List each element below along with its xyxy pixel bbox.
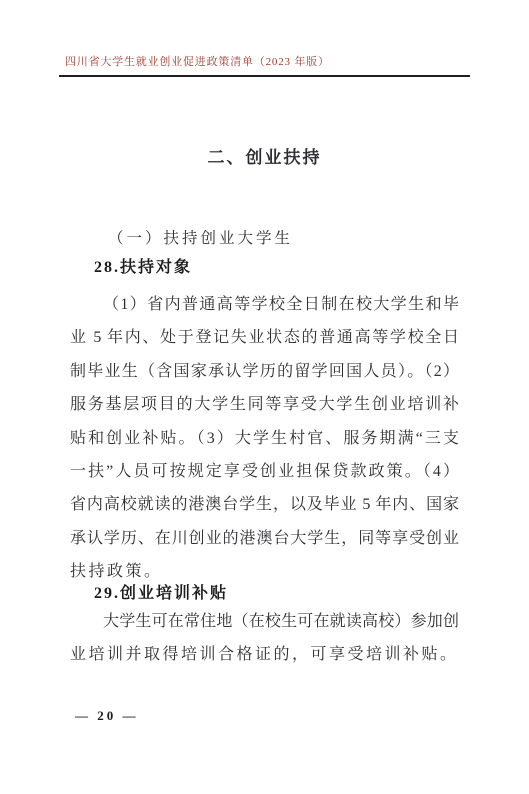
item-28-paragraph: （1）省内普通高等学校全日制在校大学生和毕 业 5 年内、处于登记失业状态的普通… bbox=[70, 288, 459, 589]
paragraph-line: 大学生可在常住地（在校生可在就读高校）参加创 bbox=[70, 605, 459, 638]
paragraph-line: 省内高校就读的港澳台学生，以及毕业 5 年内、国家 bbox=[70, 488, 459, 521]
item-28-heading: 28.扶持对象 bbox=[94, 254, 192, 277]
subsection-heading: （一）扶持创业大学生 bbox=[108, 226, 293, 248]
item-29-heading: 29.创业培训补贴 bbox=[94, 580, 228, 603]
document-page: 四川省大学生就业创业促进政策清单（2023 年版） 二、创业扶持 （一）扶持创业… bbox=[0, 0, 529, 794]
running-header-title: 四川省大学生就业创业促进政策清单（2023 年版） bbox=[65, 53, 330, 69]
paragraph-line: 承认学历、在川创业的港澳台大学生，同等享受创业 bbox=[70, 522, 459, 555]
paragraph-line: 一扶”人员可按规定享受创业担保贷款政策。（4） bbox=[70, 455, 459, 488]
paragraph-line: 业培训并取得培训合格证的，可享受培训补贴。 bbox=[70, 638, 459, 671]
paragraph-line: （1）省内普通高等学校全日制在校大学生和毕 bbox=[70, 288, 459, 321]
paragraph-line: 业 5 年内、处于登记失业状态的普通高等学校全日 bbox=[70, 321, 459, 354]
paragraph-line: 贴和创业补贴。（3）大学生村官、服务期满“三支 bbox=[70, 422, 459, 455]
section-title: 二、创业扶持 bbox=[0, 143, 529, 168]
header-rule-divider bbox=[59, 75, 470, 77]
item-29-paragraph: 大学生可在常住地（在校生可在就读高校）参加创 业培训并取得培训合格证的，可享受培… bbox=[70, 605, 459, 672]
paragraph-line: 制毕业生（含国家承认学历的留学回国人员）。（2） bbox=[70, 355, 459, 388]
paragraph-line: 服务基层项目的大学生同等享受大学生创业培训补 bbox=[70, 388, 459, 421]
page-number: — 20 — bbox=[75, 708, 139, 724]
